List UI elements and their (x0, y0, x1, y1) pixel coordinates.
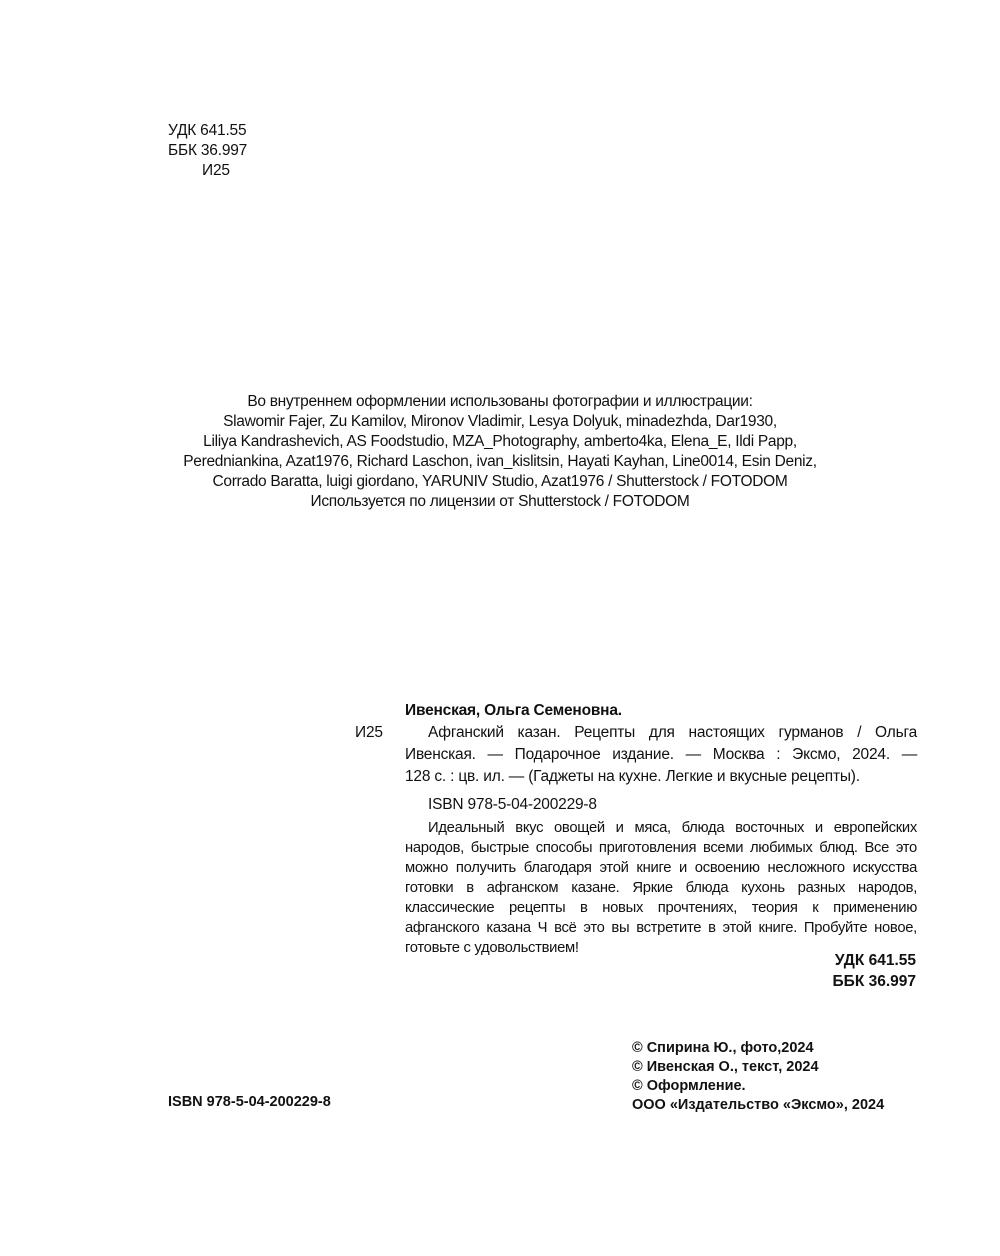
credits-line: Corrado Baratta, luigi giordano, YARUNIV… (180, 472, 820, 492)
credits-line: Slawomir Fajer, Zu Kamilov, Mironov Vlad… (180, 412, 820, 432)
entry-code: И25 (355, 722, 405, 744)
credits-line: Liliya Kandrashevich, AS Foodstudio, MZA… (180, 432, 820, 452)
copyright-line: © Ивенская О., текст, 2024 (632, 1058, 884, 1077)
entry-line: 128 с. : цв. ил. — (Гаджеты на кухне. Ле… (355, 766, 917, 788)
author-sign: И25 (168, 161, 247, 181)
bbk-code: ББК 36.997 (700, 971, 916, 992)
copyright-line: © Оформление. (632, 1077, 884, 1096)
credits-line: Используется по лицензии от Shutterstock… (180, 492, 820, 512)
copyright-block: © Спирина Ю., фото,2024 © Ивенская О., т… (632, 1039, 884, 1115)
entry-author: Ивенская, Ольга Семеновна. (355, 700, 917, 722)
entry-line: Ивенская. — Подарочное издание. — Москва… (355, 744, 917, 766)
classification-codes-bottom: УДК 641.55 ББК 36.997 (700, 950, 916, 992)
copyright-line: ООО «Издательство «Эксмо», 2024 (632, 1096, 884, 1115)
udk-code: УДК 641.55 (700, 950, 916, 971)
catalog-entry: Ивенская, Ольга Семеновна. И25 Афганский… (355, 700, 917, 816)
entry-line: Афганский казан. Рецепты для настоящих г… (405, 722, 917, 744)
annotation: Идеальный вкус овощей и мяса, блюда вост… (405, 818, 917, 958)
bbk-code: ББК 36.997 (168, 141, 247, 161)
isbn-bottom: ISBN 978-5-04-200229-8 (168, 1093, 331, 1112)
copyright-line: © Спирина Ю., фото,2024 (632, 1039, 884, 1058)
entry-isbn: ISBN 978-5-04-200229-8 (355, 794, 917, 816)
illustration-credits: Во внутреннем оформлении использованы фо… (180, 392, 820, 512)
credits-line: Во внутреннем оформлении использованы фо… (180, 392, 820, 412)
udk-code: УДК 641.55 (168, 121, 247, 141)
classification-codes-top: УДК 641.55 ББК 36.997 И25 (168, 121, 247, 181)
credits-line: Peredniankina, Azat1976, Richard Laschon… (180, 452, 820, 472)
annotation-text: Идеальный вкус овощей и мяса, блюда вост… (405, 818, 917, 958)
